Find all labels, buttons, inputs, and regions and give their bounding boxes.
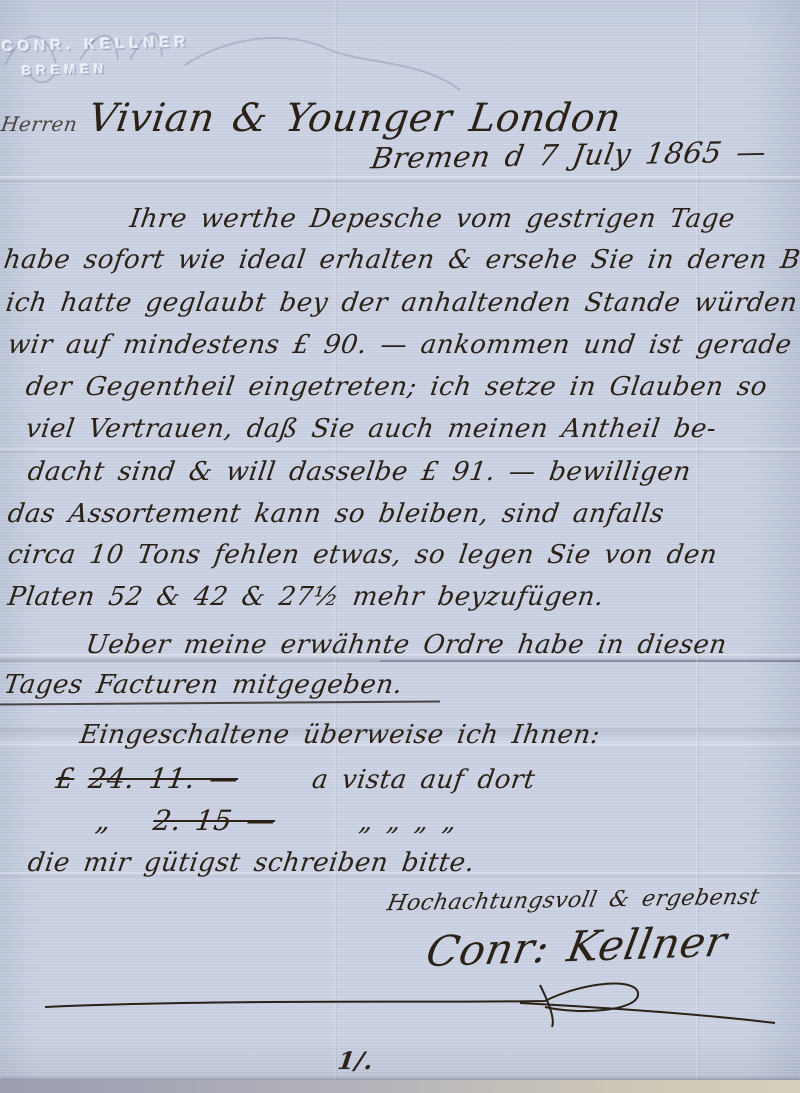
amount-currency: „ <box>94 804 114 837</box>
handwritten-line: Ueber meine erwähnte Ordre habe in diese… <box>84 630 729 660</box>
handwritten-line: Eingeschaltene überweise ich Ihnen: <box>78 720 602 750</box>
amount-note: „ „ „ „ <box>357 807 458 837</box>
recipient-line: Herren Vivian & Younger London <box>0 96 624 141</box>
fold-crease-horizontal <box>380 660 800 662</box>
signature-flourish <box>40 975 780 1030</box>
dateline: Bremen d 7 July 1865 — <box>369 135 769 176</box>
paper-bottom-edge <box>0 1080 800 1093</box>
underline-mark <box>0 700 440 705</box>
amount-value: 24. 11. — <box>86 762 240 795</box>
page-mark: 1/. <box>336 1046 375 1075</box>
amount-note: a vista auf dort <box>310 765 537 795</box>
fold-crease-horizontal <box>0 448 800 453</box>
handwritten-line: habe sofort wie ideal erhalten & ersehe … <box>2 245 800 275</box>
fold-crease-horizontal <box>0 176 800 182</box>
handwritten-line: circa 10 Tons fehlen etwas, so legen Sie… <box>6 540 719 570</box>
valediction: Hochachtungsvoll & ergebenst <box>385 885 762 916</box>
handwritten-line: viel Vertrauen, daß Sie auch meinen Anth… <box>24 414 718 444</box>
amount-value: 2. 15 — <box>151 804 277 837</box>
signature: Conr: Kellner <box>423 917 731 976</box>
amount-row: £ 24. 11. — a vista auf dort <box>54 762 538 795</box>
handwritten-line: der Gegentheil eingetreten; ich setze in… <box>24 372 769 402</box>
handwritten-line: Ihre werthe Depesche vom gestrigen Tage <box>128 204 737 234</box>
embossed-letterhead-city: BREMEN <box>22 61 109 78</box>
handwritten-line: Platen 52 & 42 & 27½ mehr beyzufügen. <box>6 582 606 612</box>
handwritten-line: ich hatte geglaubt bey der anhaltenden S… <box>4 288 800 318</box>
letter-paper: CONR. KELLNER BREMEN Herren Vivian & You… <box>0 0 800 1093</box>
handwritten-line: dacht sind & will dasselbe £ 91. — bewil… <box>26 457 693 487</box>
pencil-annotation <box>0 5 470 105</box>
handwritten-line: das Assortement kann so bleiben, sind an… <box>6 499 666 529</box>
recipient-name: Vivian & Younger London <box>86 96 624 141</box>
handwritten-line: die mir gütigst schreiben bitte. <box>26 848 477 878</box>
recipient-prefix: Herren <box>0 112 79 136</box>
amount-currency: £ <box>54 762 77 795</box>
amount-row: „ 2. 15 — „ „ „ „ <box>94 804 459 837</box>
handwritten-line: wir auf mindestens £ 90. — ankommen und … <box>6 330 794 360</box>
handwritten-line: Tages Facturen mitgegeben. <box>2 670 405 700</box>
